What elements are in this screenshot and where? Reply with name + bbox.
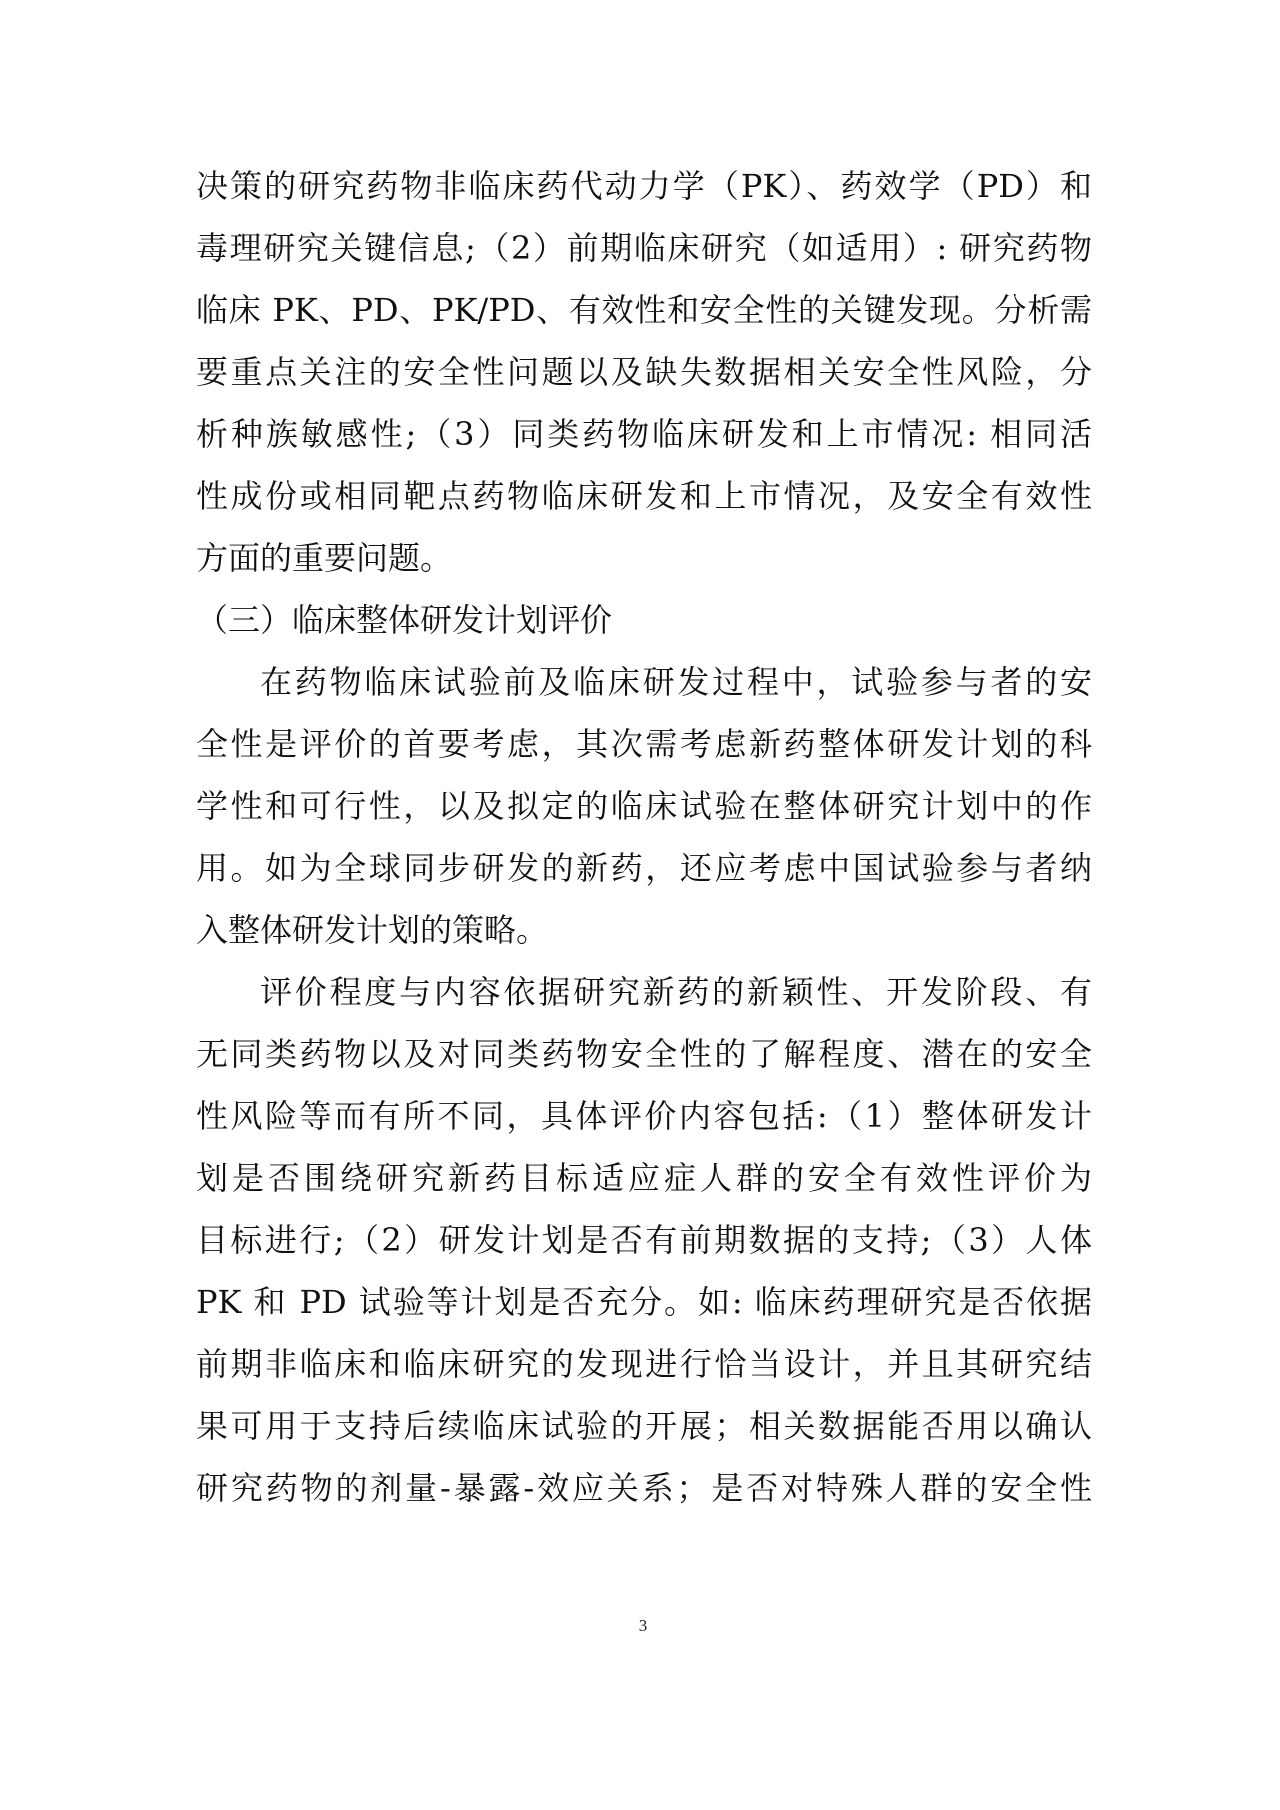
paragraph-line: 性成份或相同靶点药物临床研发和上市情况，及安全有效性 <box>196 474 1092 518</box>
document-page: 决策的研究药物非临床药代动力学（PK）、药效学（PD）和 毒理研究关键信息;（2… <box>0 0 1280 1810</box>
paragraph-line: 研究药物的剂量-暴露-效应关系；是否对特殊人群的安全性 <box>196 1466 1092 1510</box>
paragraph-line: 果可用于支持后续临床试验的开展；相关数据能否用以确认 <box>196 1404 1092 1448</box>
paragraph-line: 毒理研究关键信息;（2）前期临床研究（如适用）: 研究药物 <box>196 226 1092 270</box>
paragraph-line: 临床 PK、PD、PK/PD、有效性和安全性的关键发现。分析需 <box>196 288 1092 332</box>
paragraph-line: 方面的重要问题。 <box>196 536 1092 580</box>
paragraph-line: 析种族敏感性;（3）同类药物临床研发和上市情况: 相同活 <box>196 412 1092 456</box>
paragraph-line: 评价程度与内容依据研究新药的新颖性、开发阶段、有 <box>260 970 1092 1014</box>
paragraph-line: 性风险等而有所不同，具体评价内容包括:（1）整体研发计 <box>196 1094 1092 1138</box>
paragraph-line: 要重点关注的安全性问题以及缺失数据相关安全性风险，分 <box>196 350 1092 394</box>
paragraph-line: 全性是评价的首要考虑，其次需考虑新药整体研发计划的科 <box>196 722 1092 766</box>
paragraph-line: PK 和 PD 试验等计划是否充分。如: 临床药理研究是否依据 <box>196 1280 1092 1324</box>
paragraph-line: 用。如为全球同步研发的新药，还应考虑中国试验参与者纳 <box>196 846 1092 890</box>
paragraph-line: 在药物临床试验前及临床研发过程中，试验参与者的安 <box>260 660 1092 704</box>
page-number: 3 <box>630 1616 656 1636</box>
paragraph-line: 前期非临床和临床研究的发现进行恰当设计，并且其研究结 <box>196 1342 1092 1386</box>
paragraph-line: 决策的研究药物非临床药代动力学（PK）、药效学（PD）和 <box>196 164 1092 208</box>
paragraph-line: 无同类药物以及对同类药物安全性的了解程度、潜在的安全 <box>196 1032 1092 1076</box>
paragraph-line: 入整体研发计划的策略。 <box>196 908 1092 952</box>
paragraph-line: 学性和可行性，以及拟定的临床试验在整体研究计划中的作 <box>196 784 1092 828</box>
paragraph-line: 划是否围绕研究新药目标适应症人群的安全有效性评价为 <box>196 1156 1092 1200</box>
section-heading: （三）临床整体研发计划评价 <box>196 598 1092 642</box>
paragraph-line: 目标进行;（2）研发计划是否有前期数据的支持;（3）人体 <box>196 1218 1092 1262</box>
